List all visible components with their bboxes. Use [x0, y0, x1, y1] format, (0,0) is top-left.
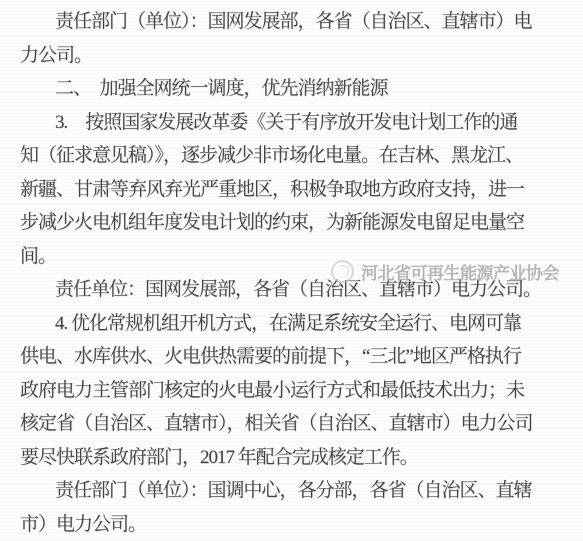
text-line: 步减少火电机组年度发电计划的约束，为新能源发电留足电量空 — [0, 206, 583, 240]
text-line: 3. 按照国家发展改革委《关于有序放开发电计划工作的通 — [0, 106, 583, 140]
text-line: 4. 优化常规机组开机方式，在满足系统安全运行、电网可靠 — [0, 307, 583, 341]
text-line: 责任部门（单位）：国调中心，各分部，各省（自治区、直辖 — [0, 474, 583, 508]
text-line: 责任单位：国网发展部，各省（自治区、直辖市）电力公司。 — [0, 273, 583, 307]
text-line: 要尽快联系政府部门，2017 年配合完成核定工作。 — [0, 441, 583, 475]
text-line: 供电、水库供水、火电供热需要的前提下，“三北”地区严格执行 — [0, 340, 583, 374]
document-text-block: 责任部门（单位）：国网发展部，各省（自治区、直辖市）电 力公司。 二、 加强全网… — [0, 0, 583, 541]
text-line: 核定省（自治区、直辖市），相关省（自治区、直辖市）电力公司 — [0, 407, 583, 441]
text-line: 新疆、甘肃等弃风弃光严重地区，积极争取地方政府支持，进一 — [0, 173, 583, 207]
text-line: 市）电力公司。 — [0, 508, 583, 541]
text-line: 责任部门（单位）：国网发展部，各省（自治区、直辖市）电 — [0, 5, 583, 39]
text-line: 知（征求意见稿）》，逐步减少非市场化电量。在吉林、黑龙江、 — [0, 139, 583, 173]
text-line: 间。 — [0, 240, 583, 274]
text-line: 力公司。 — [0, 39, 583, 73]
text-line: 政府电力主管部门核定的火电最小运行方式和最低技术出力；未 — [0, 374, 583, 408]
section-heading: 二、 加强全网统一调度，优先消纳新能源 — [0, 72, 583, 106]
document-page: 责任部门（单位）：国网发展部，各省（自治区、直辖市）电 力公司。 二、 加强全网… — [0, 0, 583, 541]
